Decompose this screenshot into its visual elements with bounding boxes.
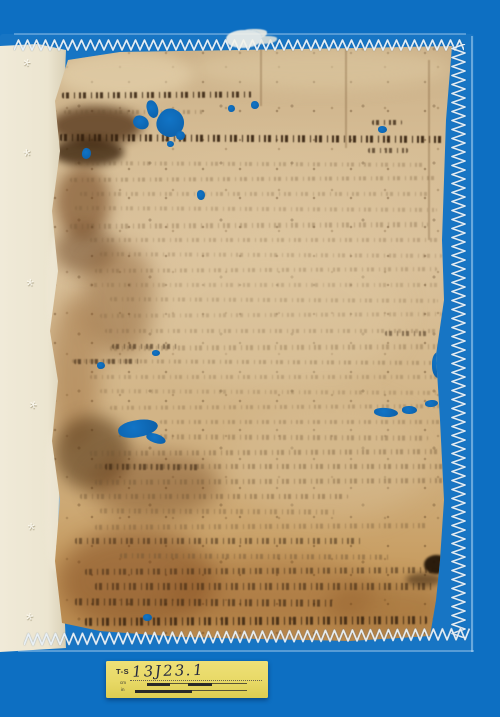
- stitch-star-icon: *: [23, 151, 32, 162]
- hole: [152, 350, 160, 356]
- script-line: [160, 434, 428, 440]
- hole: [167, 141, 174, 147]
- script-line: [64, 110, 204, 114]
- script-line: [368, 148, 408, 153]
- crease: [345, 48, 347, 148]
- hole: [176, 131, 185, 140]
- script-line: [60, 133, 445, 142]
- hole: [228, 105, 235, 112]
- script-line: [100, 508, 338, 514]
- script-line: [74, 358, 140, 363]
- classmark-label: T-S 13J23.1 cmin: [106, 661, 268, 698]
- ruler-segment: [147, 683, 170, 686]
- script-line: [90, 238, 438, 242]
- hole: [402, 406, 417, 414]
- script-line: [112, 344, 180, 349]
- script-line: [95, 523, 427, 530]
- hole: [378, 126, 387, 133]
- script-line: [385, 330, 427, 335]
- script-line: [80, 494, 348, 499]
- ruler-segment: [212, 683, 247, 684]
- hole: [143, 614, 152, 621]
- crease: [428, 60, 430, 240]
- photo-background: ****** T-S 13J23.1 cmin: [0, 0, 500, 717]
- script-line: [75, 598, 333, 606]
- hole: [251, 101, 259, 109]
- script-line: [80, 192, 432, 196]
- script-line: [372, 119, 402, 124]
- script-line: [90, 375, 442, 379]
- zigzag-stitch-path: [451, 44, 466, 638]
- ruler-unit-label: cm: [120, 681, 126, 685]
- ruler-segment: [188, 683, 212, 686]
- script-line: [120, 553, 392, 559]
- sleeve-edge-bottom: [18, 650, 474, 652]
- ruler-segment: [170, 683, 188, 684]
- script-line: [105, 464, 200, 470]
- crease: [260, 46, 262, 106]
- script-line: [90, 283, 442, 287]
- ruler-segment: [135, 690, 192, 693]
- script-line: [62, 92, 252, 99]
- script-line: [160, 420, 444, 424]
- manuscript-fragment: [48, 44, 458, 644]
- ruler-segment: [192, 690, 247, 691]
- hole: [97, 362, 105, 369]
- script-line: [95, 583, 433, 590]
- label-classmark: 13J23.1: [131, 659, 265, 681]
- stitch-star-icon: *: [28, 526, 36, 537]
- script-line: [75, 538, 363, 544]
- sleeve-edge-right: [471, 36, 473, 652]
- label-prefix: T-S: [116, 667, 129, 676]
- ruler-unit-label: in: [121, 688, 125, 692]
- zigzag-stitch-right: [451, 44, 466, 638]
- stain: [190, 46, 452, 90]
- stain: [230, 400, 430, 520]
- stitch-star-icon: *: [26, 282, 34, 293]
